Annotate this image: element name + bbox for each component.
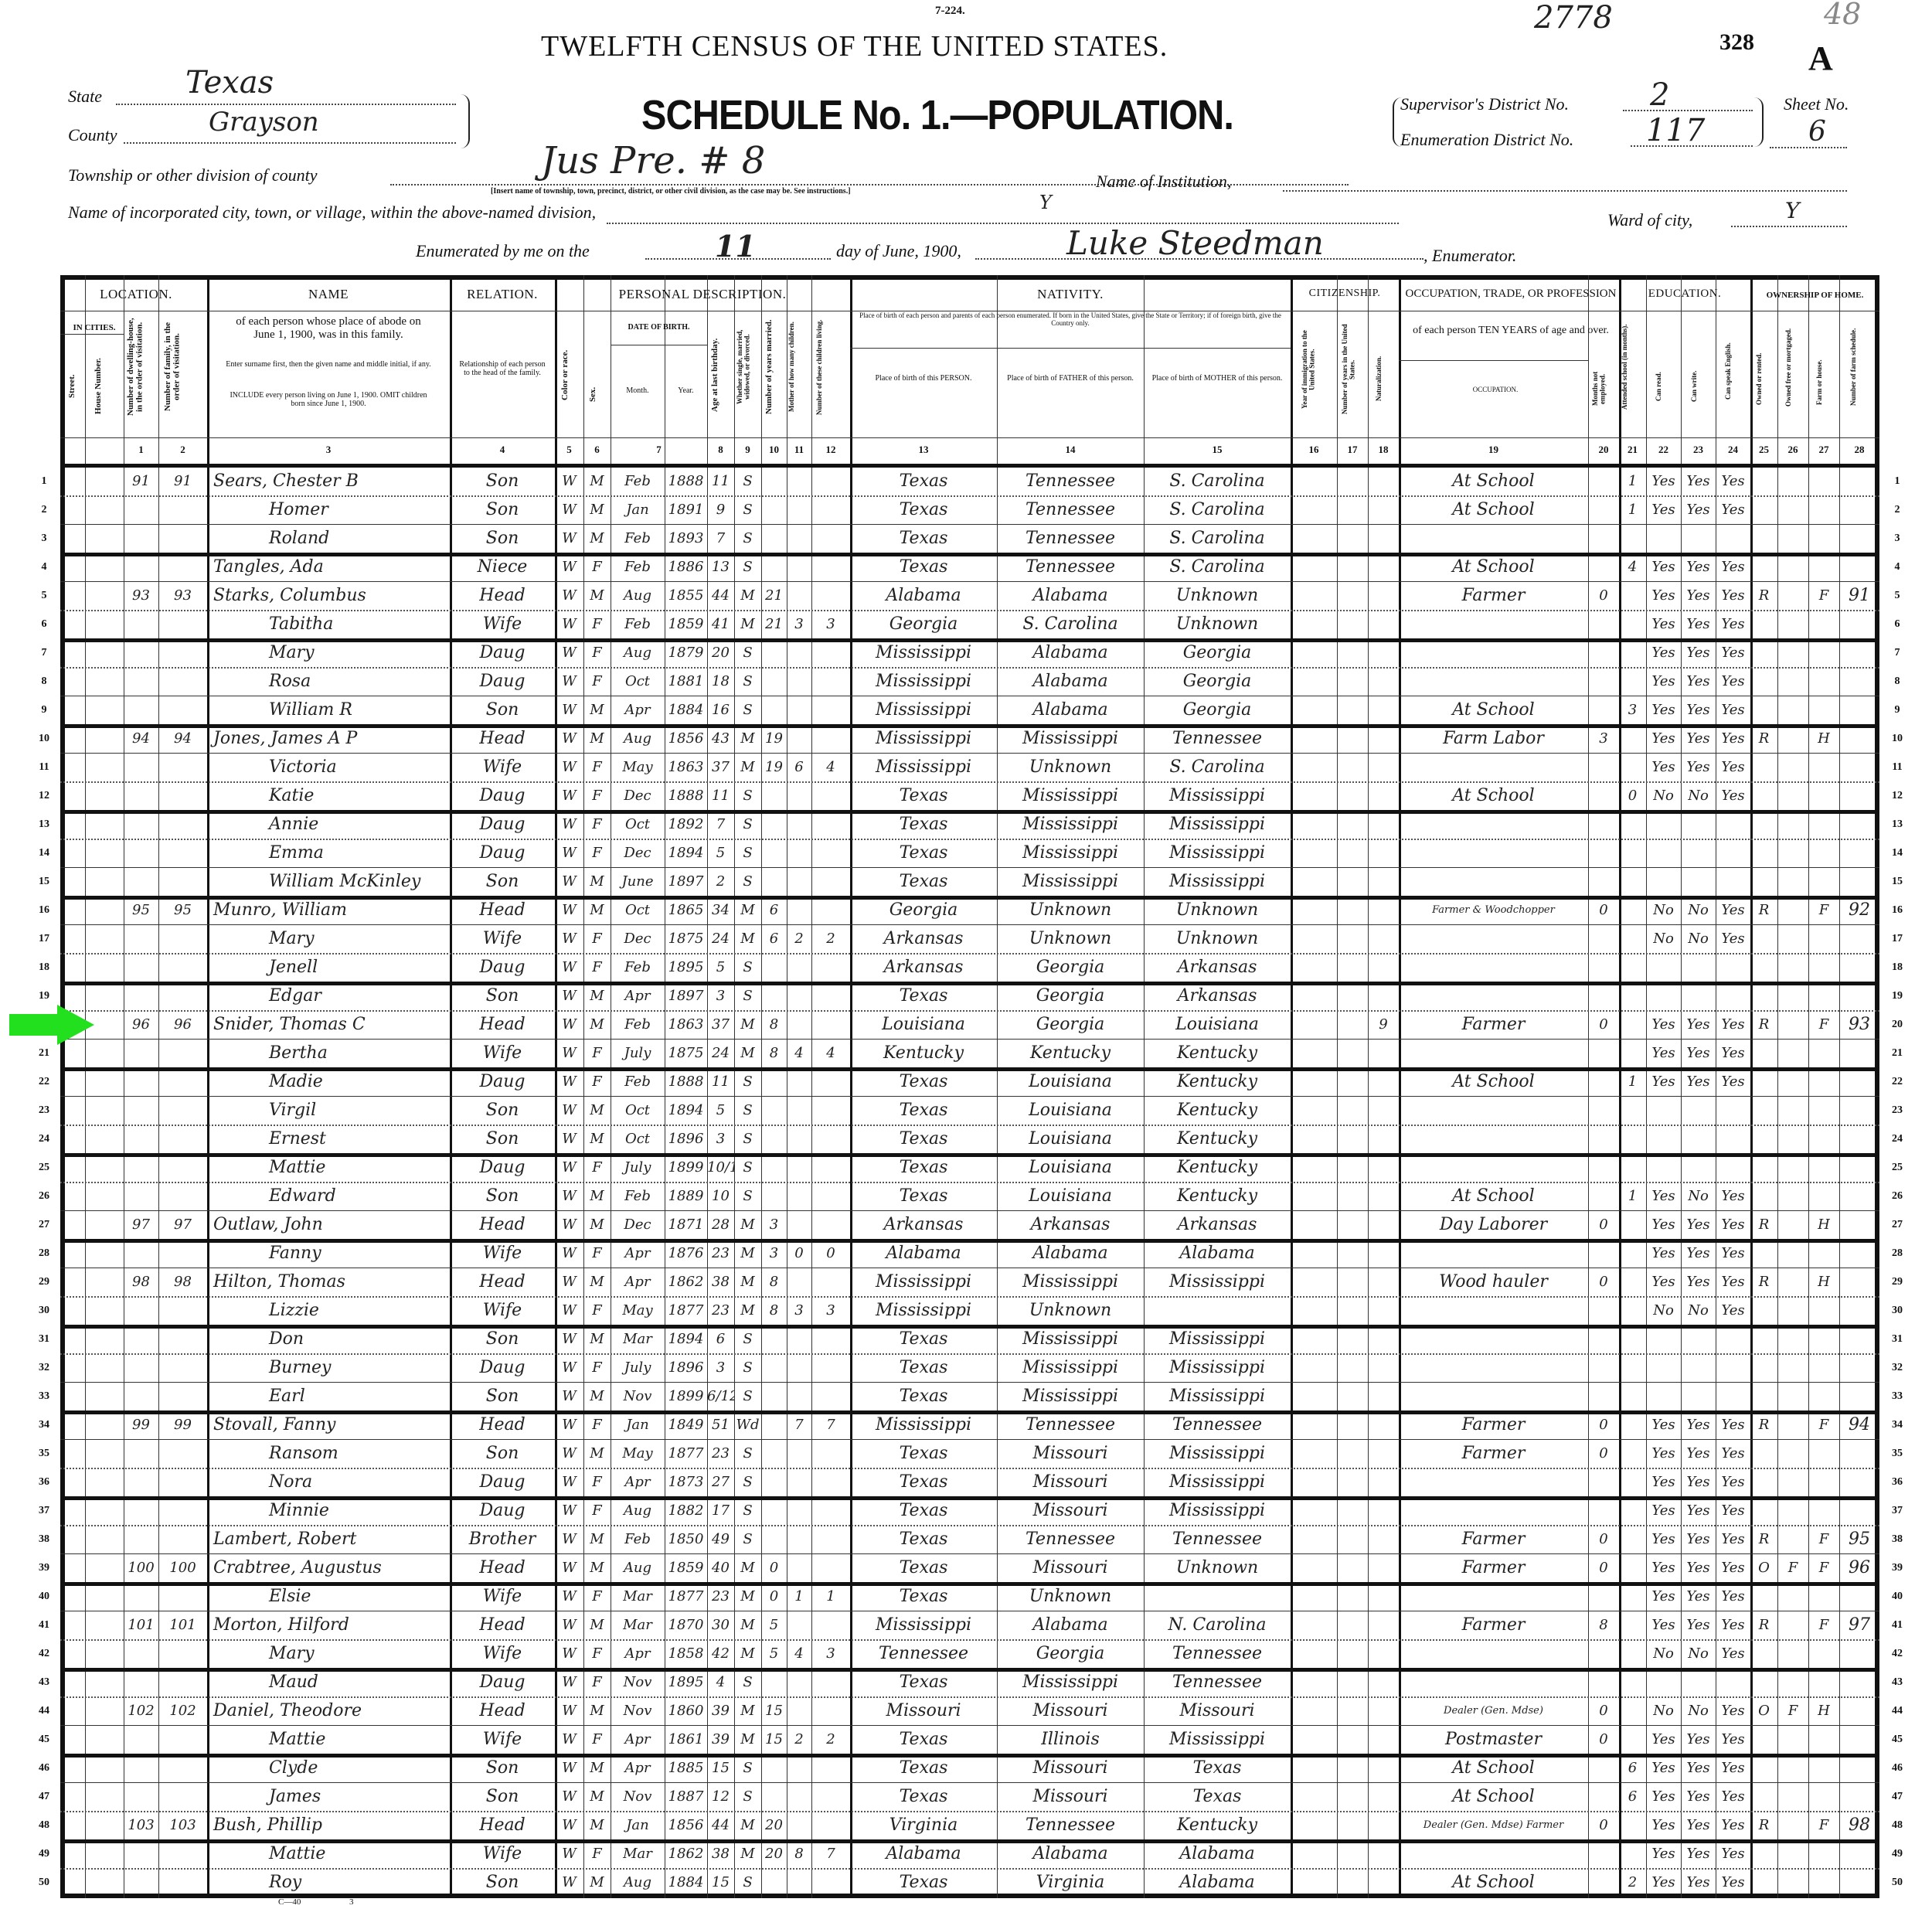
header-name-instr2: INCLUDE every person living on June 1, 1… <box>224 391 433 408</box>
cell-month: Oct <box>611 896 665 924</box>
cell-color: W <box>555 810 583 839</box>
cell-bp: Texas <box>850 1868 997 1897</box>
sheet-label: Sheet No. <box>1784 94 1849 114</box>
row-number: 24 <box>32 1125 56 1153</box>
cell-att <box>1619 1210 1646 1239</box>
cell-occ: At School <box>1399 1754 1588 1782</box>
cell-color: W <box>555 1639 583 1668</box>
cell-bm <box>1144 1296 1291 1325</box>
header-ownership: OWNERSHIP OF HOME. <box>1750 291 1879 300</box>
cell-fs <box>1839 1754 1879 1782</box>
cell-dw <box>124 553 158 581</box>
cell-fs <box>1839 982 1879 1010</box>
cell-liv <box>811 638 850 667</box>
cell-unemp <box>1588 924 1619 953</box>
cell-age: 16 <box>707 696 734 724</box>
cell-occ: At School <box>1399 1067 1588 1096</box>
cell-mar: Wd <box>734 1410 761 1439</box>
cell-mo <box>787 1553 811 1582</box>
cell-rel: Head <box>450 1410 555 1439</box>
cell-bm: Mississippi <box>1144 1325 1291 1353</box>
cell-ym: 3 <box>761 1210 787 1239</box>
cell-fam <box>158 1782 207 1811</box>
cell-liv <box>811 1811 850 1839</box>
cell-age: 39 <box>707 1696 734 1725</box>
cell-sex: M <box>583 1010 611 1039</box>
row-number: 8 <box>1886 667 1909 696</box>
row-number: 2 <box>32 495 56 524</box>
cell-eng: Yes <box>1716 1553 1750 1582</box>
cell-ym <box>761 810 787 839</box>
header-occupation: OCCUPATION. <box>1403 386 1588 394</box>
cell-color: W <box>555 1496 583 1525</box>
cell-fm <box>1777 896 1808 924</box>
cell-age: 41 <box>707 610 734 638</box>
cell-mar: M <box>734 1268 761 1296</box>
cell-fam <box>158 524 207 553</box>
cell-read <box>1646 1668 1681 1696</box>
row-number: 5 <box>1886 581 1909 610</box>
cell-own: R <box>1750 581 1777 610</box>
header-nativity: NATIVITY. <box>850 288 1291 302</box>
cell-dw <box>124 696 158 724</box>
header-sex: Sex. <box>589 371 604 417</box>
cell-att <box>1619 610 1646 638</box>
cell-bm: S. Carolina <box>1144 553 1291 581</box>
cell-mar: S <box>734 1782 761 1811</box>
header-family: Number of family, in the order of visita… <box>164 317 195 417</box>
cell-bf: Alabama <box>997 696 1144 724</box>
cell-sex: F <box>583 1725 611 1754</box>
row-number: 26 <box>32 1182 56 1210</box>
row-number: 7 <box>1886 638 1909 667</box>
cell-rel: Wife <box>450 1582 555 1611</box>
cell-bp: Mississippi <box>850 753 997 781</box>
cell-bp: Texas <box>850 495 997 524</box>
cell-eng: Yes <box>1716 1696 1750 1725</box>
cell-att <box>1619 581 1646 610</box>
cell-read <box>1646 1353 1681 1382</box>
cell-sex: F <box>583 1468 611 1496</box>
cell-eng <box>1716 1125 1750 1153</box>
cell-eng: Yes <box>1716 1839 1750 1868</box>
cell-bf: Tennessee <box>997 1410 1144 1439</box>
cell-read <box>1646 810 1681 839</box>
cell-occ <box>1399 810 1588 839</box>
cell-bp: Texas <box>850 810 997 839</box>
cell-fh <box>1808 467 1839 495</box>
cell-fam: 103 <box>158 1811 207 1839</box>
cell-fs <box>1839 1296 1879 1325</box>
cell-read: No <box>1646 781 1681 810</box>
cell-year: 1859 <box>665 1553 707 1582</box>
cell-unemp <box>1588 1182 1619 1210</box>
cell-bp: Georgia <box>850 610 997 638</box>
cell-ym: 0 <box>761 1553 787 1582</box>
cell-fam <box>158 1125 207 1153</box>
cell-fm <box>1777 638 1808 667</box>
cell-unemp <box>1588 467 1619 495</box>
cell-nat_mark <box>1368 467 1399 495</box>
cell-read: Yes <box>1646 1553 1681 1582</box>
cell-mar: M <box>734 610 761 638</box>
row-number: 45 <box>1886 1725 1909 1754</box>
cell-mo: 3 <box>787 1296 811 1325</box>
cell-name: Snider, Thomas C <box>207 1010 456 1039</box>
cell-write: Yes <box>1681 667 1716 696</box>
cell-bm: Mississippi <box>1144 1268 1291 1296</box>
cell-fm <box>1777 1582 1808 1611</box>
cell-liv <box>811 1553 850 1582</box>
cell-age: 34 <box>707 896 734 924</box>
cell-own <box>1750 1153 1777 1182</box>
cell-own <box>1750 867 1777 896</box>
cell-mar: M <box>734 1553 761 1582</box>
cell-ym <box>761 1410 787 1439</box>
cell-att <box>1619 896 1646 924</box>
row-number: 47 <box>32 1782 56 1811</box>
cell-bm: Tennessee <box>1144 1410 1291 1439</box>
cell-ym <box>761 1439 787 1468</box>
cell-fam <box>158 1639 207 1668</box>
cell-year: 1886 <box>665 553 707 581</box>
cell-year: 1855 <box>665 581 707 610</box>
cell-color: W <box>555 867 583 896</box>
cell-nat_mark <box>1368 696 1399 724</box>
header-month: Month. <box>611 386 665 395</box>
cell-mar: M <box>734 753 761 781</box>
cell-fs <box>1839 467 1879 495</box>
column-number: 15 <box>1144 444 1291 456</box>
cell-ym <box>761 1496 787 1525</box>
cell-att <box>1619 1439 1646 1468</box>
cell-nat_mark <box>1368 581 1399 610</box>
cell-month: Aug <box>611 638 665 667</box>
row-number: 43 <box>1886 1668 1909 1696</box>
cell-bm: Alabama <box>1144 1868 1291 1897</box>
cell-bm: Kentucky <box>1144 1039 1291 1067</box>
cell-nat_mark <box>1368 810 1399 839</box>
cell-year: 1861 <box>665 1725 707 1754</box>
cell-color: W <box>555 953 583 982</box>
cell-fs <box>1839 1639 1879 1668</box>
row-number: 28 <box>32 1239 56 1268</box>
cell-occ <box>1399 1382 1588 1410</box>
cell-fh <box>1808 1153 1839 1182</box>
cell-bp: Arkansas <box>850 1210 997 1239</box>
cell-rel: Son <box>450 1382 555 1410</box>
cell-fh <box>1808 553 1839 581</box>
cell-read <box>1646 1325 1681 1353</box>
cell-fs: 96 <box>1839 1553 1879 1582</box>
cell-dw <box>124 1182 158 1210</box>
cell-eng: Yes <box>1716 896 1750 924</box>
cell-write: Yes <box>1681 1868 1716 1897</box>
row-number: 43 <box>32 1668 56 1696</box>
cell-liv <box>811 467 850 495</box>
cell-age: 37 <box>707 753 734 781</box>
cell-nat_mark <box>1368 896 1399 924</box>
cell-fh <box>1808 1839 1839 1868</box>
cell-mo <box>787 1096 811 1125</box>
cell-sex: M <box>583 524 611 553</box>
row-number: 29 <box>32 1268 56 1296</box>
enumerated-day: 11 <box>715 229 756 264</box>
cell-occ: Farmer <box>1399 1611 1588 1639</box>
cell-write <box>1681 1325 1716 1353</box>
cell-eng: Yes <box>1716 553 1750 581</box>
cell-att: 1 <box>1619 1067 1646 1096</box>
cell-write: Yes <box>1681 1811 1716 1839</box>
cell-eng: Yes <box>1716 1182 1750 1210</box>
cell-rel: Daug <box>450 781 555 810</box>
cell-rel: Son <box>450 1325 555 1353</box>
row-number: 17 <box>1886 924 1909 953</box>
cell-fs <box>1839 638 1879 667</box>
cell-fs <box>1839 1239 1879 1268</box>
cell-nat_mark <box>1368 1182 1399 1210</box>
enumeration-label: Enumeration District No. <box>1400 130 1573 150</box>
cell-fh <box>1808 610 1839 638</box>
cell-eng: Yes <box>1716 667 1750 696</box>
cell-liv: 0 <box>811 1239 850 1268</box>
cell-unemp <box>1588 953 1619 982</box>
cell-nat_mark <box>1368 1296 1399 1325</box>
cell-fm <box>1777 524 1808 553</box>
cell-color: W <box>555 924 583 953</box>
cell-unemp <box>1588 1153 1619 1182</box>
cell-write <box>1681 1353 1716 1382</box>
cell-own: R <box>1750 1268 1777 1296</box>
footer-form-code: C—40 <box>278 1897 301 1907</box>
cell-own <box>1750 610 1777 638</box>
cell-bp: Texas <box>850 867 997 896</box>
cell-dw: 103 <box>124 1811 158 1839</box>
row-number: 36 <box>1886 1468 1909 1496</box>
cell-fs <box>1839 839 1879 867</box>
cell-nat_mark <box>1368 1811 1399 1839</box>
cell-dw <box>124 924 158 953</box>
column-number: 10 <box>761 444 787 456</box>
cell-fh <box>1808 982 1839 1010</box>
cell-bm: Mississippi <box>1144 867 1291 896</box>
cell-dw: 99 <box>124 1410 158 1439</box>
cell-write: Yes <box>1681 553 1716 581</box>
cell-dw <box>124 1782 158 1811</box>
row-number: 15 <box>32 867 56 896</box>
cell-ym <box>761 667 787 696</box>
cell-color: W <box>555 1553 583 1582</box>
cell-read: Yes <box>1646 1525 1681 1553</box>
cell-bp: Texas <box>850 1668 997 1696</box>
cell-fh: H <box>1808 724 1839 753</box>
cell-bm: Texas <box>1144 1754 1291 1782</box>
cell-fam <box>158 1039 207 1067</box>
cell-rel: Daug <box>450 839 555 867</box>
cell-year: 1865 <box>665 896 707 924</box>
cell-fh <box>1808 1582 1839 1611</box>
cell-occ <box>1399 1639 1588 1668</box>
column-divider <box>1337 275 1338 1898</box>
cell-dw <box>124 1496 158 1525</box>
cell-age: 20 <box>707 638 734 667</box>
header-citizenship: CITIZENSHIP. <box>1291 288 1399 299</box>
cell-read: Yes <box>1646 1182 1681 1210</box>
cell-color: W <box>555 1439 583 1468</box>
cell-fh <box>1808 1468 1839 1496</box>
cell-mo <box>787 467 811 495</box>
cell-rel: Son <box>450 524 555 553</box>
cell-fh: F <box>1808 1811 1839 1839</box>
cell-fs <box>1839 1268 1879 1296</box>
row-number: 34 <box>1886 1410 1909 1439</box>
cell-fam: 99 <box>158 1410 207 1439</box>
cell-mar: S <box>734 781 761 810</box>
cell-occ <box>1399 953 1588 982</box>
cell-rel: Daug <box>450 1668 555 1696</box>
cell-bp: Mississippi <box>850 696 997 724</box>
cell-read <box>1646 524 1681 553</box>
cell-bm: Mississippi <box>1144 781 1291 810</box>
cell-mar: S <box>734 953 761 982</box>
cell-write: Yes <box>1681 1010 1716 1039</box>
cell-eng: Yes <box>1716 467 1750 495</box>
cell-mo <box>787 1268 811 1296</box>
cell-liv <box>811 667 850 696</box>
cell-write: Yes <box>1681 1268 1716 1296</box>
cell-own <box>1750 1182 1777 1210</box>
cell-fs: 97 <box>1839 1611 1879 1639</box>
cell-bf: Alabama <box>997 581 1144 610</box>
cell-rel: Wife <box>450 610 555 638</box>
row-number: 50 <box>1886 1868 1909 1897</box>
cell-occ: At School <box>1399 1868 1588 1897</box>
institution-label: Name of Institution, <box>1096 172 1231 192</box>
cell-eng: Yes <box>1716 1439 1750 1468</box>
cell-own <box>1750 638 1777 667</box>
cell-liv <box>811 1325 850 1353</box>
highlight-arrow-icon <box>9 1005 94 1045</box>
cell-bf: Missouri <box>997 1553 1144 1582</box>
cell-nat_mark <box>1368 1382 1399 1410</box>
cell-color: W <box>555 1582 583 1611</box>
cell-ym <box>761 495 787 524</box>
cell-own <box>1750 524 1777 553</box>
cell-att <box>1619 810 1646 839</box>
cell-write: No <box>1681 1182 1716 1210</box>
column-divider <box>1291 275 1293 1898</box>
cell-write: Yes <box>1681 1754 1716 1782</box>
cell-fs <box>1839 1868 1879 1897</box>
cell-fs <box>1839 1696 1879 1725</box>
cell-bp: Alabama <box>850 581 997 610</box>
cell-fm <box>1777 696 1808 724</box>
cell-liv <box>811 896 850 924</box>
cell-fm <box>1777 1325 1808 1353</box>
row-number: 4 <box>32 553 56 581</box>
cell-bm: Mississippi <box>1144 839 1291 867</box>
cell-fh <box>1808 1096 1839 1125</box>
cell-unemp <box>1588 1239 1619 1268</box>
cell-att <box>1619 867 1646 896</box>
cell-liv <box>811 1868 850 1897</box>
cell-color: W <box>555 1382 583 1410</box>
row-number: 37 <box>32 1496 56 1525</box>
cell-liv: 7 <box>811 1839 850 1868</box>
cell-bp: Texas <box>850 1325 997 1353</box>
cell-age: 10 <box>707 1182 734 1210</box>
cell-unemp <box>1588 1754 1619 1782</box>
column-number: 17 <box>1337 444 1368 456</box>
cell-eng: Yes <box>1716 1782 1750 1811</box>
cell-bf: Tennessee <box>997 553 1144 581</box>
cell-occ: At School <box>1399 1782 1588 1811</box>
cell-fh <box>1808 953 1839 982</box>
cell-month: Feb <box>611 524 665 553</box>
cell-write: No <box>1681 1639 1716 1668</box>
cell-dw <box>124 1067 158 1096</box>
cell-own <box>1750 1125 1777 1153</box>
cell-fh <box>1808 924 1839 953</box>
cell-fm <box>1777 1067 1808 1096</box>
cell-fm <box>1777 781 1808 810</box>
header-divider <box>555 311 850 311</box>
cell-fs <box>1839 1668 1879 1696</box>
cell-bp: Louisiana <box>850 1010 997 1039</box>
cell-color: W <box>555 581 583 610</box>
cell-mo: 2 <box>787 924 811 953</box>
cell-age: 9 <box>707 495 734 524</box>
cell-att <box>1619 1125 1646 1153</box>
cell-liv: 7 <box>811 1410 850 1439</box>
cell-ym <box>761 638 787 667</box>
cell-sex: M <box>583 1382 611 1410</box>
cell-name: Stovall, Fanny <box>207 1410 456 1439</box>
cell-att <box>1619 1382 1646 1410</box>
cell-unemp <box>1588 1782 1619 1811</box>
cell-liv: 1 <box>811 1582 850 1611</box>
header-marital: Whether single, married, widowed, or div… <box>736 317 760 417</box>
cell-bf: Louisiana <box>997 1182 1144 1210</box>
cell-bf: Mississippi <box>997 839 1144 867</box>
cell-bf: Mississippi <box>997 1353 1144 1382</box>
cell-color: W <box>555 1839 583 1868</box>
cell-dw: 100 <box>124 1553 158 1582</box>
cell-mar: M <box>734 1010 761 1039</box>
cell-eng: Yes <box>1716 1725 1750 1754</box>
cell-bf: S. Carolina <box>997 610 1144 638</box>
cell-own <box>1750 495 1777 524</box>
cell-unemp <box>1588 753 1619 781</box>
cell-dw: 91 <box>124 467 158 495</box>
cell-month: May <box>611 753 665 781</box>
cell-unemp: 3 <box>1588 724 1619 753</box>
cell-rel: Daug <box>450 638 555 667</box>
cell-name: Jones, James A P <box>207 724 456 753</box>
cell-eng: Yes <box>1716 1296 1750 1325</box>
cell-mar: S <box>734 1468 761 1496</box>
cell-sex: F <box>583 810 611 839</box>
cell-fh <box>1808 1039 1839 1067</box>
cell-unemp <box>1588 1582 1619 1611</box>
cell-bm: Mississippi <box>1144 810 1291 839</box>
cell-fm <box>1777 1210 1808 1239</box>
cell-mo: 8 <box>787 1839 811 1868</box>
cell-color: W <box>555 1210 583 1239</box>
cell-read: Yes <box>1646 553 1681 581</box>
cell-age: 24 <box>707 924 734 953</box>
cell-unemp: 0 <box>1588 1725 1619 1754</box>
